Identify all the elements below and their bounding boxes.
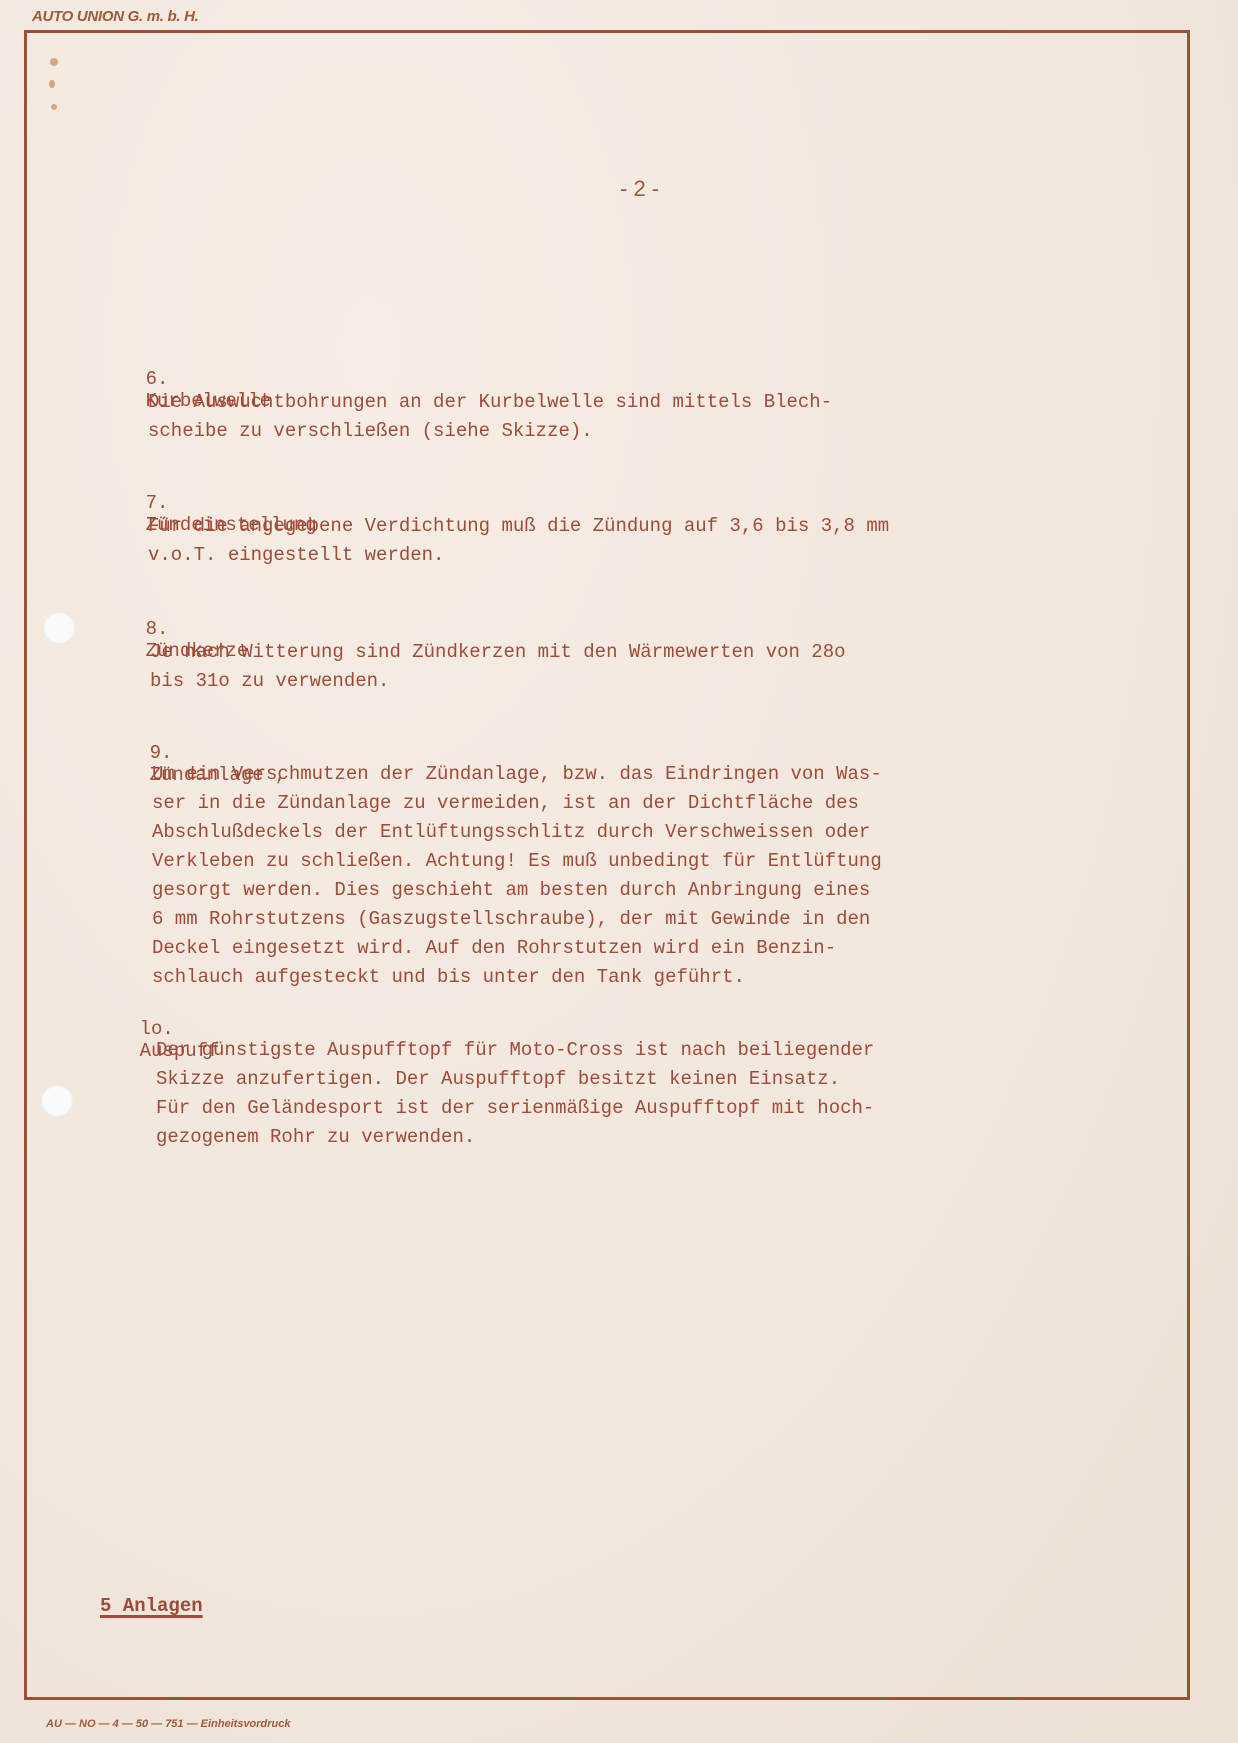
punch-hole-upper — [43, 612, 75, 644]
staple-mark — [49, 80, 55, 88]
body-line: Um ein Verschmutzen der Zündanlage, bzw.… — [152, 760, 882, 789]
body-line: Für den Geländesport ist der serienmäßig… — [156, 1094, 874, 1123]
section-body: Für die angegebene Verdichtung muß die Z… — [148, 512, 889, 570]
enclosures-note: 5 Anlagen — [100, 1595, 203, 1617]
section-number: 6. — [146, 368, 169, 390]
body-line: Skizze anzufertigen. Der Auspufftopf bes… — [156, 1065, 874, 1094]
letterhead-company-name: AUTO UNION G. m. b. H. — [32, 8, 198, 25]
body-line: gezogenem Rohr zu verwenden. — [156, 1123, 874, 1152]
body-line: Deckel eingesetzt wird. Auf den Rohrstut… — [152, 934, 882, 963]
body-line: schlauch aufgesteckt und bis unter den T… — [152, 963, 882, 992]
body-line: Je nach Witterung sind Zündkerzen mit de… — [150, 638, 846, 667]
section-number: 8. — [146, 618, 169, 640]
body-line: Für die angegebene Verdichtung muß die Z… — [148, 512, 889, 541]
body-line: Abschlußdeckels der Entlüftungsschlitz d… — [152, 818, 882, 847]
body-line: bis 31o zu verwenden. — [150, 667, 846, 696]
body-line: Verkleben zu schließen. Achtung! Es muß … — [152, 847, 882, 876]
form-code-footer: AU — NO — 4 — 50 — 751 — Einheitsvordruc… — [46, 1718, 291, 1730]
body-line: Die Auswuchtbohrungen an der Kurbelwelle… — [148, 388, 832, 417]
staple-mark — [51, 104, 57, 110]
body-line: Der günstigste Auspufftopf für Moto-Cros… — [156, 1036, 874, 1065]
section-body: Um ein Verschmutzen der Zündanlage, bzw.… — [152, 760, 882, 992]
body-line: 6 mm Rohrstutzens (Gaszugstellschraube),… — [152, 905, 882, 934]
section-body: Der günstigste Auspufftopf für Moto-Cros… — [156, 1036, 874, 1152]
section-body: Die Auswuchtbohrungen an der Kurbelwelle… — [148, 388, 832, 446]
body-line: gesorgt werden. Dies geschieht am besten… — [152, 876, 882, 905]
body-line: ser in die Zündanlage zu vermeiden, ist … — [152, 789, 882, 818]
staple-mark — [50, 58, 58, 66]
body-line: v.o.T. eingestellt werden. — [148, 541, 889, 570]
section-number: 7. — [146, 492, 169, 514]
page-number: - 2 - — [620, 176, 659, 202]
section-body: Je nach Witterung sind Zündkerzen mit de… — [150, 638, 846, 696]
body-line: scheibe zu verschließen (siehe Skizze). — [148, 417, 832, 446]
punch-hole-lower — [41, 1085, 73, 1117]
